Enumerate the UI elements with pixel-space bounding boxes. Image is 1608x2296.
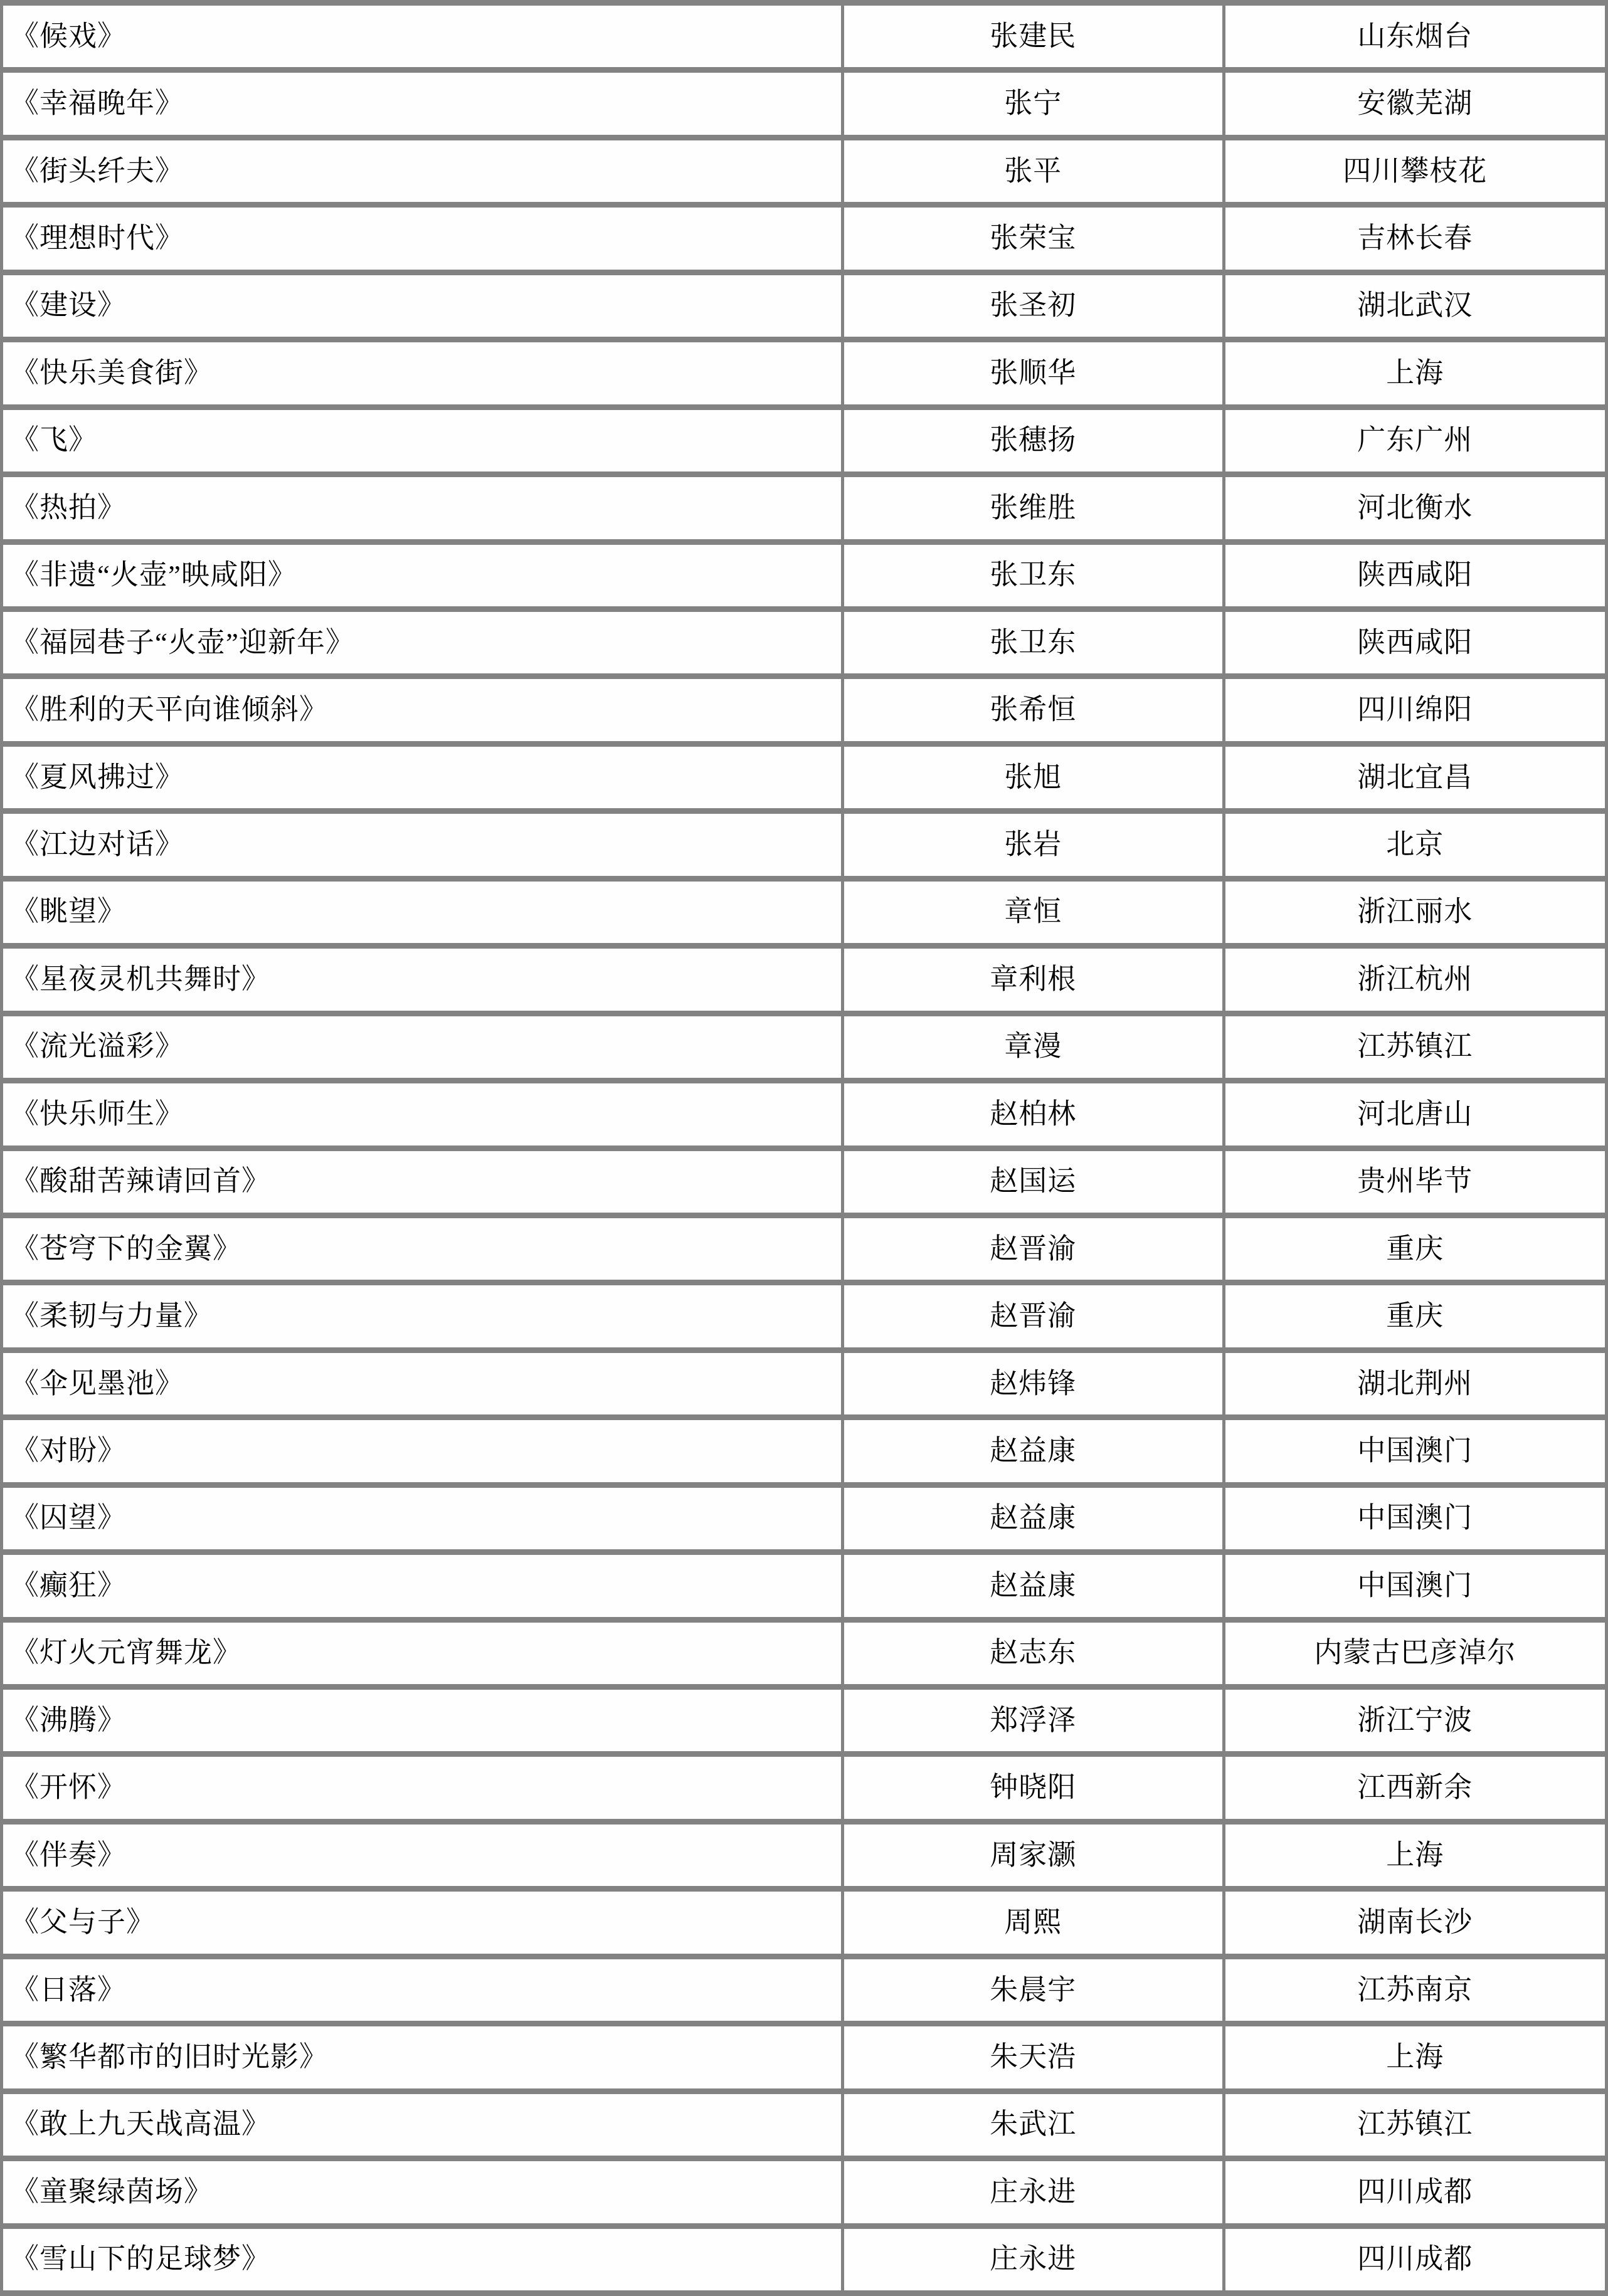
- location-cell: 四川攀枝花: [1222, 135, 1605, 202]
- location-cell: 中国澳门: [1222, 1549, 1605, 1616]
- location-cell: 山东烟台: [1222, 0, 1605, 67]
- location-cell: 重庆: [1222, 1213, 1605, 1280]
- author-cell: 周熙: [841, 1886, 1222, 1953]
- author-cell: 张岩: [841, 808, 1222, 875]
- location-cell: 陕西咸阳: [1222, 606, 1605, 673]
- author-cell: 朱晨宇: [841, 1954, 1222, 2021]
- author-cell: 张旭: [841, 741, 1222, 808]
- author-cell: 张卫东: [841, 606, 1222, 673]
- location-cell: 湖北武汉: [1222, 270, 1605, 337]
- location-cell: 四川绵阳: [1222, 673, 1605, 740]
- author-cell: 章漫: [841, 1011, 1222, 1078]
- title-cell: 《理想时代》: [0, 202, 841, 269]
- location-cell: 河北唐山: [1222, 1078, 1605, 1145]
- location-cell: 中国澳门: [1222, 1482, 1605, 1549]
- title-cell: 《伞见墨池》: [0, 1347, 841, 1414]
- location-cell: 上海: [1222, 337, 1605, 404]
- author-cell: 赵志东: [841, 1617, 1222, 1684]
- title-cell: 《快乐美食街》: [0, 337, 841, 404]
- author-cell: 张宁: [841, 67, 1222, 134]
- author-cell: 张平: [841, 135, 1222, 202]
- author-cell: 赵益康: [841, 1549, 1222, 1616]
- title-cell: 《灯火元宵舞龙》: [0, 1617, 841, 1684]
- author-cell: 钟晓阳: [841, 1751, 1222, 1818]
- location-cell: 河北衡水: [1222, 471, 1605, 539]
- author-cell: 赵柏林: [841, 1078, 1222, 1145]
- location-cell: 四川成都: [1222, 2156, 1605, 2223]
- author-cell: 张圣初: [841, 270, 1222, 337]
- location-cell: 四川成都: [1222, 2223, 1605, 2290]
- author-cell: 章利根: [841, 943, 1222, 1010]
- title-cell: 《快乐师生》: [0, 1078, 841, 1145]
- title-cell: 《星夜灵机共舞时》: [0, 943, 841, 1010]
- location-cell: 上海: [1222, 2021, 1605, 2088]
- location-cell: 浙江杭州: [1222, 943, 1605, 1010]
- location-cell: 湖北宜昌: [1222, 741, 1605, 808]
- title-cell: 《伴奏》: [0, 1819, 841, 1886]
- location-cell: 浙江丽水: [1222, 876, 1605, 943]
- title-cell: 《柔韧与力量》: [0, 1280, 841, 1347]
- location-cell: 湖南长沙: [1222, 1886, 1605, 1953]
- artwork-list-table: 《候戏》张建民山东烟台《幸福晚年》张宁安徽芜湖《街头纤夫》张平四川攀枝花《理想时…: [0, 0, 1608, 2296]
- title-cell: 《飞》: [0, 404, 841, 471]
- title-cell: 《福园巷子“火壶”迎新年》: [0, 606, 841, 673]
- title-cell: 《开怀》: [0, 1751, 841, 1818]
- title-cell: 《父与子》: [0, 1886, 841, 1953]
- location-cell: 中国澳门: [1222, 1414, 1605, 1482]
- title-cell: 《苍穹下的金翼》: [0, 1213, 841, 1280]
- title-cell: 《胜利的天平向谁倾斜》: [0, 673, 841, 740]
- author-cell: 朱武江: [841, 2088, 1222, 2156]
- author-cell: 庄永进: [841, 2223, 1222, 2290]
- location-cell: 安徽芜湖: [1222, 67, 1605, 134]
- author-cell: 赵国运: [841, 1145, 1222, 1213]
- title-cell: 《雪山下的足球梦》: [0, 2223, 841, 2290]
- title-cell: 《酸甜苦辣请回首》: [0, 1145, 841, 1213]
- author-cell: 张维胜: [841, 471, 1222, 539]
- author-cell: 赵益康: [841, 1482, 1222, 1549]
- author-cell: 张穗扬: [841, 404, 1222, 471]
- title-cell: 《候戏》: [0, 0, 841, 67]
- title-cell: 《街头纤夫》: [0, 135, 841, 202]
- title-cell: 《夏风拂过》: [0, 741, 841, 808]
- location-cell: 北京: [1222, 808, 1605, 875]
- author-cell: 庄永进: [841, 2156, 1222, 2223]
- location-cell: 广东广州: [1222, 404, 1605, 471]
- location-cell: 湖北荆州: [1222, 1347, 1605, 1414]
- title-cell: 《建设》: [0, 270, 841, 337]
- author-cell: 张卫东: [841, 539, 1222, 606]
- title-cell: 《癫狂》: [0, 1549, 841, 1616]
- title-cell: 《敢上九天战高温》: [0, 2088, 841, 2156]
- location-cell: 陕西咸阳: [1222, 539, 1605, 606]
- location-cell: 江苏镇江: [1222, 2088, 1605, 2156]
- title-cell: 《流光溢彩》: [0, 1011, 841, 1078]
- author-cell: 赵益康: [841, 1414, 1222, 1482]
- title-cell: 《江边对话》: [0, 808, 841, 875]
- location-cell: 上海: [1222, 1819, 1605, 1886]
- author-cell: 张希恒: [841, 673, 1222, 740]
- title-cell: 《繁华都市的旧时光影》: [0, 2021, 841, 2088]
- author-cell: 赵晋渝: [841, 1280, 1222, 1347]
- location-cell: 重庆: [1222, 1280, 1605, 1347]
- author-cell: 张建民: [841, 0, 1222, 67]
- location-cell: 内蒙古巴彦淖尔: [1222, 1617, 1605, 1684]
- location-cell: 江西新余: [1222, 1751, 1605, 1818]
- author-cell: 章恒: [841, 876, 1222, 943]
- author-cell: 赵炜锋: [841, 1347, 1222, 1414]
- location-cell: 江苏镇江: [1222, 1011, 1605, 1078]
- title-cell: 《眺望》: [0, 876, 841, 943]
- title-cell: 《囚望》: [0, 1482, 841, 1549]
- author-cell: 赵晋渝: [841, 1213, 1222, 1280]
- author-cell: 张荣宝: [841, 202, 1222, 269]
- author-cell: 周家灏: [841, 1819, 1222, 1886]
- author-cell: 朱天浩: [841, 2021, 1222, 2088]
- location-cell: 江苏南京: [1222, 1954, 1605, 2021]
- title-cell: 《童聚绿茵场》: [0, 2156, 841, 2223]
- author-cell: 郑浮泽: [841, 1684, 1222, 1751]
- title-cell: 《日落》: [0, 1954, 841, 2021]
- title-cell: 《热拍》: [0, 471, 841, 539]
- title-cell: 《非遗“火壶”映咸阳》: [0, 539, 841, 606]
- title-cell: 《对盼》: [0, 1414, 841, 1482]
- location-cell: 吉林长春: [1222, 202, 1605, 269]
- location-cell: 浙江宁波: [1222, 1684, 1605, 1751]
- title-cell: 《沸腾》: [0, 1684, 841, 1751]
- title-cell: 《幸福晚年》: [0, 67, 841, 134]
- author-cell: 张顺华: [841, 337, 1222, 404]
- location-cell: 贵州毕节: [1222, 1145, 1605, 1213]
